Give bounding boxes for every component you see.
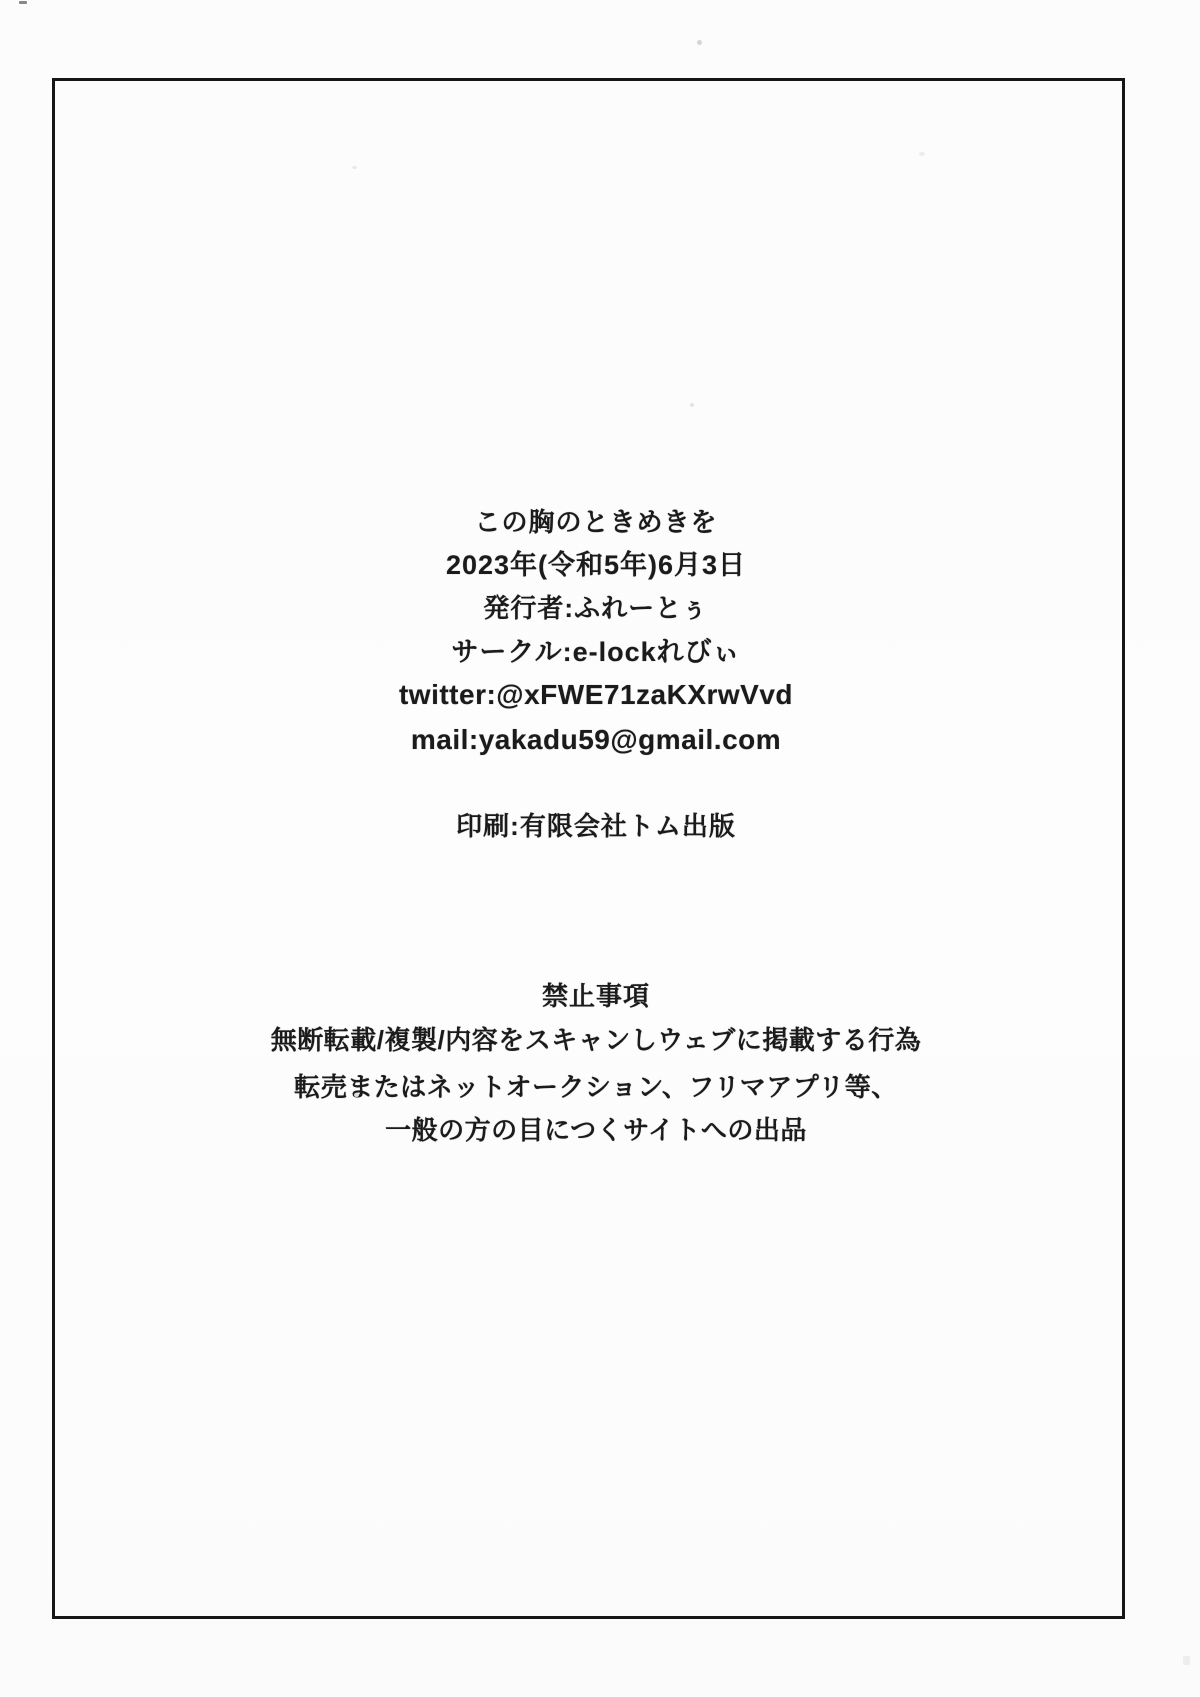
twitter-handle: twitter:@xFWE71zaKXrwVvd — [60, 677, 1132, 713]
prohibited-item-2: 転売またはネットオークション、フリマアプリ等、 — [60, 1069, 1132, 1105]
book-title: この胸のときめきを — [60, 504, 1132, 540]
mail-address: mail:yakadu59@gmail.com — [60, 722, 1132, 758]
prohibited-heading: 禁止事項 — [60, 978, 1132, 1014]
circle-line: サークル:e-lockれびぃ — [60, 634, 1132, 670]
prohibited-item-1: 無断転載/複製/内容をスキャンしウェブに掲載する行為 — [60, 1022, 1132, 1058]
scan-artifact-speck — [1183, 1656, 1190, 1665]
printer-line: 印刷:有限会社トム出版 — [60, 808, 1132, 844]
scan-artifact-topleft-dash — [19, 1, 27, 4]
colophon-text-block: この胸のときめきを 2023年(令和5年)6月3日 発行者:ふれーとぅ サークル… — [60, 0, 1132, 1697]
publisher-line: 発行者:ふれーとぅ — [60, 590, 1132, 626]
prohibited-item-3: 一般の方の目につくサイトへの出品 — [60, 1112, 1132, 1148]
publication-date: 2023年(令和5年)6月3日 — [60, 547, 1132, 583]
scanned-page: この胸のときめきを 2023年(令和5年)6月3日 発行者:ふれーとぅ サークル… — [0, 0, 1200, 1697]
